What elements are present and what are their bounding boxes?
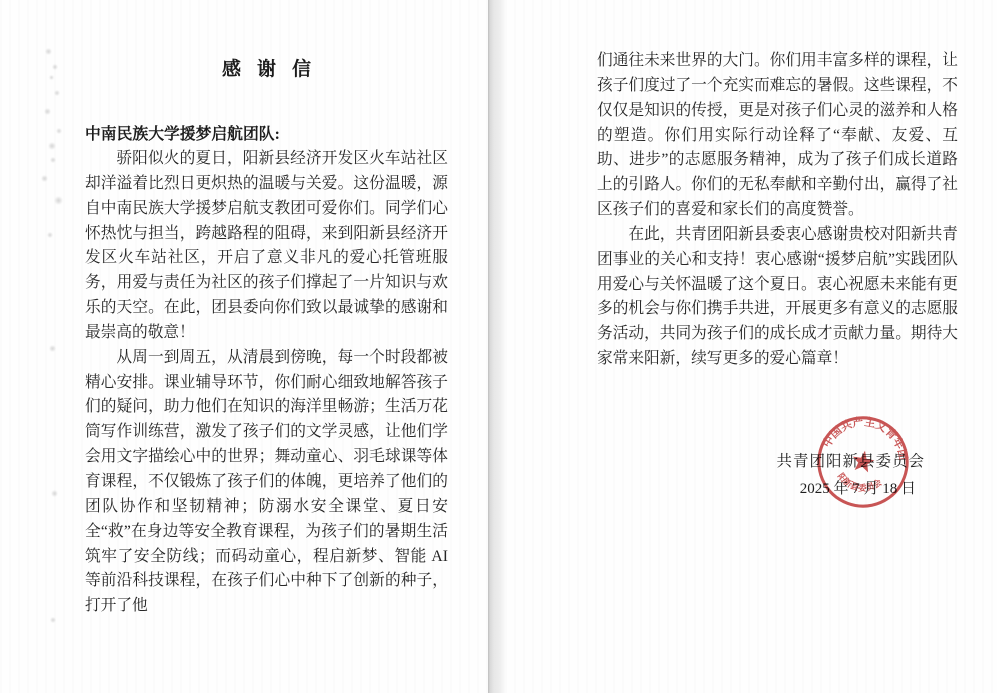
paragraph: 从周一到周五，从清晨到傍晚，每一个时段都被精心安排。课业辅导环节，你们耐心细致地… (85, 346, 448, 619)
page1-body-text: 骄阳似火的夏日，阳新县经济开发区火车站社区却洋溢着比烈日更炽热的温暖与关爱。这份… (85, 147, 448, 619)
page-divider (488, 0, 505, 693)
paragraph: 们通往未来世界的大门。你们用丰富多样的课程，让孩子们度过了一个充实而难忘的暑假。… (597, 49, 958, 223)
star-icon (851, 449, 876, 473)
letter-title: 感谢信 (85, 58, 448, 82)
stamp-arc-text: 中国共产主义青年团 (818, 407, 916, 463)
scanned-letter-document: 感谢信 中南民族大学援梦启航团队: 骄阳似火的夏日，阳新县经济开发区火车站社区却… (0, 0, 997, 693)
page2-body-text: 们通往未来世界的大门。你们用丰富多样的课程，让孩子们度过了一个充实而难忘的暑假。… (597, 49, 958, 372)
stamp-graphic: 中国共产主义青年团 阳新县委员会 (807, 406, 918, 517)
stamp-bottom-text: 阳新县委员会 (834, 469, 885, 497)
paragraph: 骄阳似火的夏日，阳新县经济开发区火车站社区却洋溢着比烈日更炽热的温暖与关爱。这份… (85, 147, 448, 346)
paragraph: 在此，共青团阳新县委衷心感谢贵校对阳新共青团事业的关心和支持！衷心感谢“援梦启航… (597, 223, 958, 372)
page-2: 们通往未来世界的大门。你们用丰富多样的课程，让孩子们度过了一个充实而难忘的暑假。… (505, 0, 997, 693)
page-1: 感谢信 中南民族大学援梦启航团队: 骄阳似火的夏日，阳新县经济开发区火车站社区却… (0, 0, 488, 693)
official-seal-stamp: 中国共产主义青年团 阳新县委员会 (807, 406, 918, 517)
letter-salutation: 中南民族大学援梦启航团队: (85, 121, 280, 144)
